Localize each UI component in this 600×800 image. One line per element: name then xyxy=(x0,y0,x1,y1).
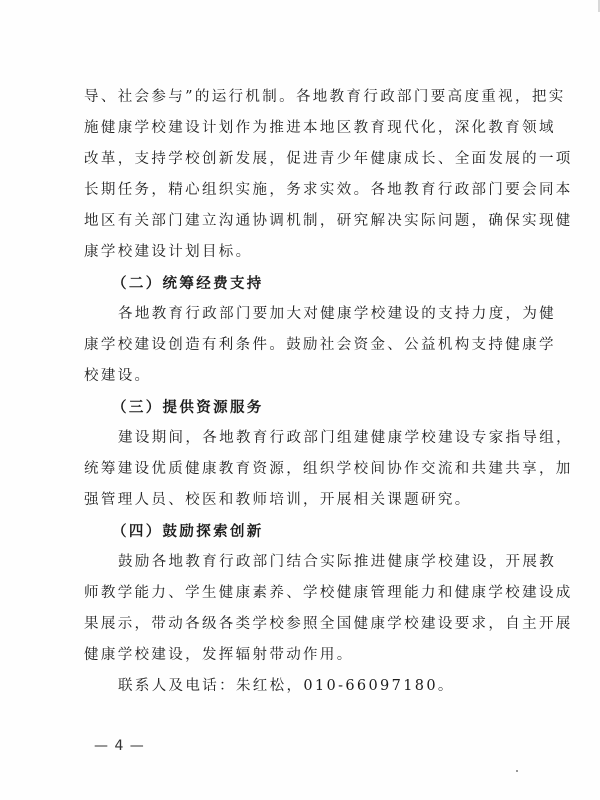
paragraph-line: 校建设。 xyxy=(84,361,524,392)
paragraph-line: 师教学能力、学生健康素养、学校健康管理能力和健康学校建设成 xyxy=(84,578,524,609)
paragraph-line: 导、社会参与”的运行机制。各地教育行政部门要高度重视，把实 xyxy=(84,82,524,113)
document-body: 导、社会参与”的运行机制。各地教育行政部门要高度重视，把实 施健康学校建设计划作… xyxy=(84,82,524,702)
paragraph-line: 地区有关部门建立沟通协调机制，研究解决实际问题，确保实现健 xyxy=(84,206,524,237)
paragraph-line: 果展示，带动各级各类学校参照全国健康学校建设要求，自主开展 xyxy=(84,609,524,640)
section-heading-funding: （二）统筹经费支持 xyxy=(84,268,524,299)
section-heading-innovation: （四）鼓励探索创新 xyxy=(84,516,524,547)
page-number: — 4 — xyxy=(94,738,145,754)
section-heading-resources: （三）提供资源服务 xyxy=(84,392,524,423)
paragraph-line: 康学校建设创造有利条件。鼓励社会资金、公益机构支持健康学 xyxy=(84,330,524,361)
paragraph-line: 各地教育行政部门要加大对健康学校建设的支持力度，为健 xyxy=(84,299,524,330)
paragraph-line: 施健康学校建设计划作为推进本地区教育现代化，深化教育领域 xyxy=(84,113,524,144)
paragraph-line: 改革，支持学校创新发展，促进青少年健康成长、全面发展的一项 xyxy=(84,144,524,175)
paragraph-line: 长期任务，精心组织实施，务求实效。各地教育行政部门要会同本 xyxy=(84,175,524,206)
scan-artifact xyxy=(516,770,518,772)
paragraph-line: 统筹建设优质健康教育资源，组织学校间协作交流和共建共享，加 xyxy=(84,454,524,485)
paragraph-line: 鼓励各地教育行政部门结合实际推进健康学校建设，开展教 xyxy=(84,547,524,578)
paragraph-line: 康学校建设计划目标。 xyxy=(84,237,524,268)
document-page: 导、社会参与”的运行机制。各地教育行政部门要高度重视，把实 施健康学校建设计划作… xyxy=(0,0,600,800)
paragraph-line: 健康学校建设，发挥辐射带动作用。 xyxy=(84,640,524,671)
contact-info: 联系人及电话：朱红松，010-66097180。 xyxy=(84,671,524,702)
paragraph-line: 强管理人员、校医和教师培训，开展相关课题研究。 xyxy=(84,485,524,516)
paragraph-line: 建设期间，各地教育行政部门组建健康学校建设专家指导组， xyxy=(84,423,524,454)
